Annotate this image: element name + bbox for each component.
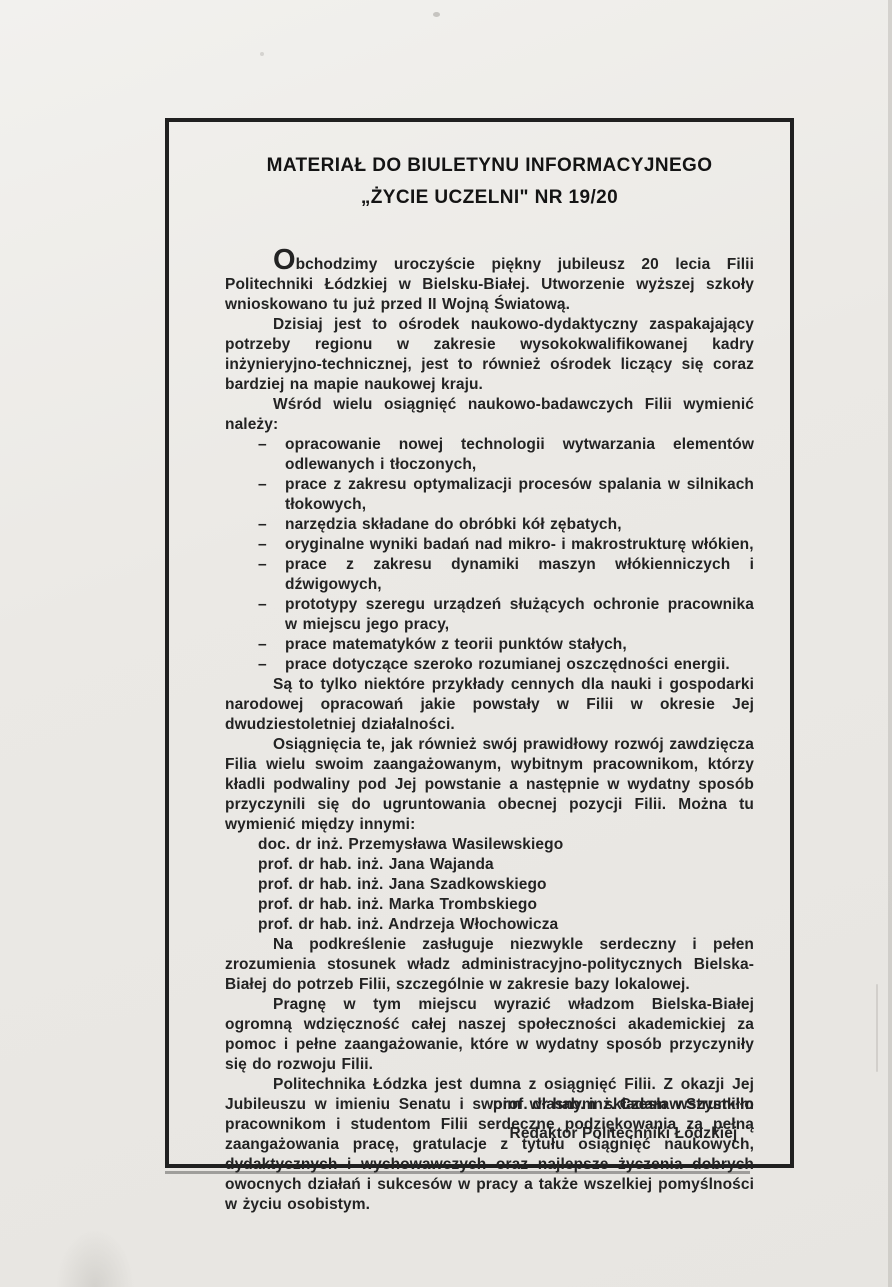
list-item: –narzędzia składane do obróbki kół zębat… <box>225 515 754 535</box>
paragraph-region: Dzisiaj jest to ośrodek naukowo-dydaktyc… <box>225 315 754 395</box>
scan-smudge <box>55 1227 135 1287</box>
bullet-dash: – <box>258 595 267 615</box>
list-item-text: prace z zakresu dynamiki maszyn włókienn… <box>285 556 754 593</box>
list-item: –prace z zakresu dynamiki maszyn włókien… <box>225 555 754 595</box>
list-item: –opracowanie nowej technologii wytwarzan… <box>225 435 754 475</box>
signature-block: prof. dr hab. inż. Czesław Strumiłło Red… <box>493 1090 754 1148</box>
bullet-dash: – <box>258 475 267 495</box>
achievements-list: –opracowanie nowej technologii wytwarzan… <box>225 435 754 675</box>
doc-title-line2: „ŻYCIE UCZELNI" NR 19/20 <box>225 182 754 214</box>
paragraph-authorities: Na podkreślenie zasługuje niezwykle serd… <box>225 935 754 995</box>
doc-body: Obchodzimy uroczyście piękny jubileusz 2… <box>225 250 754 1215</box>
list-item-text: prototypy szeregu urządzeń służących och… <box>285 596 754 633</box>
list-item: –prototypy szeregu urządzeń służących oc… <box>225 595 754 635</box>
document-frame: MATERIAŁ DO BIULETYNU INFORMACYJNEGO „ŻY… <box>165 118 794 1168</box>
paragraph-intro: Obchodzimy uroczyście piękny jubileusz 2… <box>225 250 754 315</box>
bullet-dash: – <box>258 515 267 535</box>
bullet-dash: – <box>258 555 267 575</box>
scan-edge-artifact <box>888 0 892 1287</box>
scanned-page: MATERIAŁ DO BIULETYNU INFORMACYJNEGO „ŻY… <box>0 0 892 1287</box>
doc-title: MATERIAŁ DO BIULETYNU INFORMACYJNEGO „ŻY… <box>225 150 754 214</box>
name-item: prof. dr hab. inż. Andrzeja Włochowicza <box>258 915 754 935</box>
signature-name: prof. dr hab. inż. Czesław Strumiłło <box>493 1090 754 1119</box>
list-item-text: prace dotyczące szeroko rozumianej oszcz… <box>285 656 730 673</box>
document-content: MATERIAŁ DO BIULETYNU INFORMACYJNEGO „ŻY… <box>169 122 790 1164</box>
paragraph-examples: Są to tylko niektóre przykłady cennych d… <box>225 675 754 735</box>
list-item-text: oryginalne wyniki badań nad mikro- i mak… <box>285 536 754 553</box>
honored-names-list: doc. dr inż. Przemysława Wasilewskiego p… <box>258 835 754 935</box>
list-item: –prace dotyczące szeroko rozumianej oszc… <box>225 655 754 675</box>
name-item: prof. dr hab. inż. Marka Trombskiego <box>258 895 754 915</box>
scan-crease-artifact <box>876 984 878 1072</box>
paragraph-gratitude: Pragnę w tym miejscu wyrazić władzom Bie… <box>225 995 754 1075</box>
list-item-text: narzędzia składane do obróbki kół zębaty… <box>285 516 622 533</box>
dropcap-letter: O <box>273 244 296 276</box>
list-item-text: prace z zakresu optymalizacji procesów s… <box>285 476 754 513</box>
bullet-dash: – <box>258 435 267 455</box>
list-item: –oryginalne wyniki badań nad mikro- i ma… <box>225 535 754 555</box>
bullet-dash: – <box>258 635 267 655</box>
name-item: prof. dr hab. inż. Jana Wajanda <box>258 855 754 875</box>
signature-role: Redaktor Politechniki Łódzkiej <box>493 1119 754 1148</box>
bullet-dash: – <box>258 535 267 555</box>
bullet-dash: – <box>258 655 267 675</box>
list-item-text: prace matematyków z teorii punktów stały… <box>285 636 627 653</box>
doc-title-line1: MATERIAŁ DO BIULETYNU INFORMACYJNEGO <box>225 150 754 182</box>
list-item-text: opracowanie nowej technologii wytwarzani… <box>285 436 754 473</box>
scan-speck <box>433 12 440 17</box>
name-item: doc. dr inż. Przemysława Wasilewskiego <box>258 835 754 855</box>
list-item: –prace z zakresu optymalizacji procesów … <box>225 475 754 515</box>
paragraph-achievements-lead: Wśród wielu osiągnięć naukowo-badawczych… <box>225 395 754 435</box>
paragraph-intro-text: bchodzimy uroczyście piękny jubileusz 20… <box>225 256 754 313</box>
scan-speck <box>260 52 264 56</box>
paragraph-credits-lead: Osiągnięcia te, jak również swój prawidł… <box>225 735 754 835</box>
list-item: –prace matematyków z teorii punktów stał… <box>225 635 754 655</box>
name-item: prof. dr hab. inż. Jana Szadkowskiego <box>258 875 754 895</box>
